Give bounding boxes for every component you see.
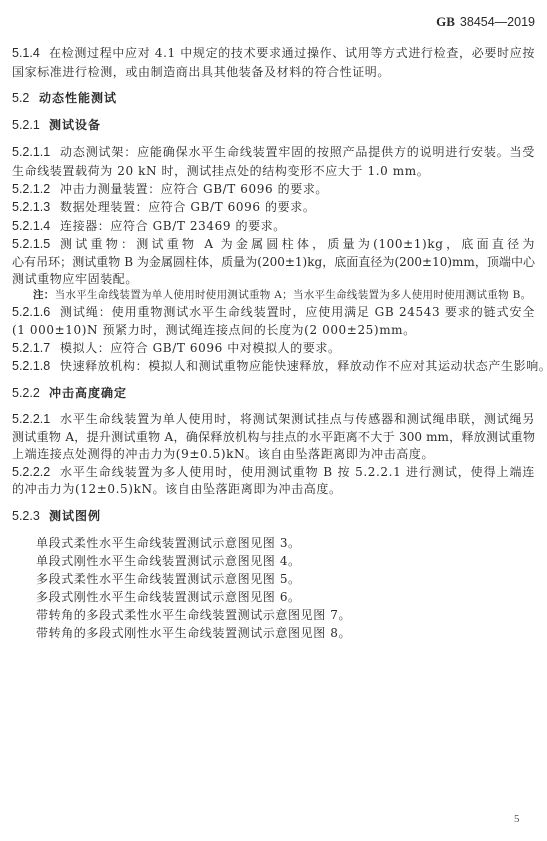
section-number: 5.2.3 bbox=[12, 507, 40, 525]
section-number: 5.2.2 bbox=[12, 384, 40, 402]
note-line: 注：当水平生命线装置为单人使用时使用测试重物 A；当水平生命线装置为多人使用时使… bbox=[33, 286, 531, 304]
clause-number: 5.2.1.5 bbox=[12, 235, 50, 253]
page-number: 5 bbox=[514, 813, 520, 825]
clause-number: 5.2.1.3 bbox=[12, 198, 50, 216]
clause-text-line: 快速释放机构：模拟人和测试重物应能快速释放，释放动作不应对其运动状态产生影响。 bbox=[60, 357, 547, 375]
clause-text-line: 模拟人：应符合 GB/T 6096 中对模拟人的要求。 bbox=[60, 339, 341, 357]
clause-text-line: 上端连接点处测得的冲击力为(9±0.5)kN。该自由坠落距离即为冲击高度。 bbox=[12, 445, 434, 463]
clause-number: 5.2.1.8 bbox=[12, 357, 50, 375]
standard-code: 38454—2019 bbox=[460, 15, 535, 29]
clause-text-line: (1 000±10)N 预紧力时，测试绳连接点间的长度为(2 000±25)mm… bbox=[12, 321, 416, 339]
list-item: 多段式柔性水平生命线装置测试示意图见图 5。 bbox=[36, 570, 301, 588]
standard-prefix: GB bbox=[436, 14, 455, 29]
section-title: 测试设备 bbox=[49, 116, 101, 134]
list-item: 多段式刚性水平生命线装置测试示意图见图 6。 bbox=[36, 588, 301, 606]
clause-number: 5.1.4 bbox=[12, 44, 40, 62]
clause-text-line: 水平生命线装置为多人使用时，使用测试重物 B 按 5.2.2.1 进行测试，使得… bbox=[60, 463, 535, 481]
list-item: 单段式柔性水平生命线装置测试示意图见图 3。 bbox=[36, 534, 301, 552]
standard-code-header: GB38454—2019 bbox=[436, 13, 535, 31]
note-label: 注： bbox=[33, 289, 55, 301]
section-number: 5.2 bbox=[12, 89, 29, 107]
clause-number: 5.2.1.2 bbox=[12, 180, 50, 198]
section-title: 冲击高度确定 bbox=[49, 384, 127, 402]
clause-number: 5.2.2.2 bbox=[12, 463, 50, 481]
clause-number: 5.2.1.4 bbox=[12, 217, 50, 235]
note-text: 当水平生命线装置为单人使用时使用测试重物 A；当水平生命线装置为多人使用时使用测… bbox=[55, 289, 532, 301]
section-number: 5.2.1 bbox=[12, 116, 40, 134]
section-title: 动态性能测试 bbox=[39, 89, 117, 107]
clause-text-line: 冲击力测量装置：应符合 GB/T 6096 的要求。 bbox=[60, 180, 328, 198]
clause-text-line: 连接器：应符合 GB/T 23469 的要求。 bbox=[60, 217, 286, 235]
clause-text-line: 测试重物 A，提升测试重物 A，确保释放机构与挂点的水平距离不大于 300 mm… bbox=[12, 428, 535, 446]
clause-number: 5.2.2.1 bbox=[12, 410, 50, 428]
clause-text-line: 的冲击力为(12±0.5)kN。该自由坠落距离即为冲击高度。 bbox=[12, 480, 342, 498]
clause-number: 5.2.1.6 bbox=[12, 303, 50, 321]
clause-text-line: 在检测过程中应对 4.1 中规定的技术要求通过操作、试用等方式进行检查，必要时应… bbox=[49, 44, 535, 62]
clause-number: 5.2.1.7 bbox=[12, 339, 50, 357]
clause-text-line: 动态测试架：应能确保水平生命线装置牢固的按照产品提供方的说明进行安装。当受测水平 bbox=[60, 143, 535, 161]
clause-text-line: 生命线装置载荷为 20 kN 时，测试挂点处的结构变形不应大于 1.0 mm。 bbox=[12, 162, 429, 180]
clause-number: 5.2.1.1 bbox=[12, 143, 50, 161]
clause-text-line: 数据处理装置：应符合 GB/T 6096 的要求。 bbox=[60, 198, 315, 216]
clause-text-line: 心有吊环；测试重物 B 为金属圆柱体，质量为(200±1)kg，底面直径为(20… bbox=[12, 253, 535, 271]
list-item: 带转角的多段式刚性水平生命线装置测试示意图见图 8。 bbox=[36, 624, 351, 642]
clause-text-line: 水平生命线装置为单人使用时，将测试架测试挂点与传感器和测试绳串联，测试绳另一端连… bbox=[60, 410, 535, 428]
clause-text-line: 测试重物：测试重物 A 为金属圆柱体，质量为(100±1)kg，底面直径为(20… bbox=[60, 235, 535, 253]
list-item: 单段式刚性水平生命线装置测试示意图见图 4。 bbox=[36, 552, 301, 570]
list-item: 带转角的多段式柔性水平生命线装置测试示意图见图 7。 bbox=[36, 606, 351, 624]
clause-text-line: 国家标准进行检测，或由制造商出具其他装备及材料的符合性证明。 bbox=[12, 63, 390, 81]
clause-text-line: 测试绳：使用重物测试水平生命线装置时，应使用满足 GB 24543 要求的链式安… bbox=[60, 303, 535, 321]
section-title: 测试图例 bbox=[49, 507, 101, 525]
document-page: GB38454—2019 5.1.4 在检测过程中应对 4.1 中规定的技术要求… bbox=[0, 0, 547, 841]
